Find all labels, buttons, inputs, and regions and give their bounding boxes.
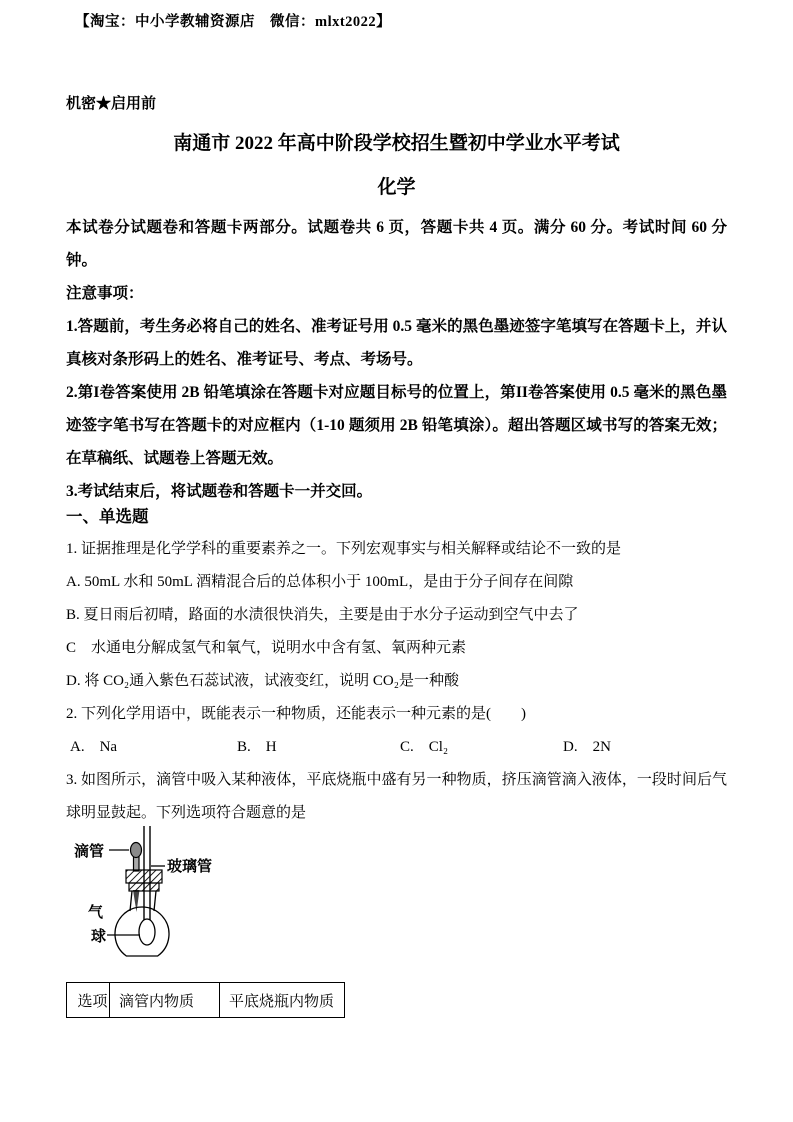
- table-header-option: 选项: [67, 983, 110, 1018]
- table-header-row: 选项 滴管内物质 平底烧瓶内物质: [67, 983, 345, 1018]
- balloon-label-char1: 气: [88, 903, 104, 921]
- exam-paper-page: 【淘宝：中小学教辅资源店 微信：mlxt2022】 机密★启用前 南通市 202…: [0, 0, 793, 1122]
- balloon: [139, 919, 155, 945]
- table-header-dropper-substance: 滴管内物质: [110, 983, 220, 1018]
- question-1-option-a: A. 50mL 水和 50mL 酒精混合后的总体积小于 100mL，是由于分子间…: [66, 566, 727, 599]
- question-2-stem: 2. 下列化学用语中，既能表示一种物质，还能表示一种元素的是( ): [66, 698, 727, 731]
- flask-neck-left: [130, 891, 132, 911]
- dropper-label: 滴管: [74, 842, 104, 860]
- rubber-stopper-top: [126, 870, 162, 883]
- question-1-option-d: D. 将 CO₂通入紫色石蕊试液，试液变红，说明 CO₂是一种酸: [66, 665, 727, 698]
- rubber-stopper-bottom: [129, 883, 159, 891]
- question-2-option-d: D. 2N: [563, 731, 611, 764]
- exam-instructions: 本试卷分试题卷和答题卡两部分。试题卷共 6 页，答题卡共 4 页。满分 60 分…: [66, 211, 727, 508]
- question-2-option-b: B. H: [237, 731, 277, 764]
- confidential-label: 机密★启用前: [66, 94, 727, 114]
- dropper-bulb: [131, 843, 142, 858]
- question-2-options-row: A. Na B. H C. Cl₂ D. 2N: [66, 731, 727, 764]
- balloon-label-char2: 球: [91, 928, 106, 945]
- notice-heading: 注意事项：: [66, 277, 727, 310]
- question-2-option-c: C. Cl₂: [400, 731, 448, 764]
- question-1-stem: 1. 证据推理是化学学科的重要素养之一。下列宏观事实与相关解释或结论不一致的是: [66, 533, 727, 566]
- notice-item-2: 2.第I卷答案使用 2B 铅笔填涂在答题卡对应题目标号的位置上，第II卷答案使用…: [66, 376, 727, 475]
- apparatus-diagram: 滴管 玻璃管 气 球: [60, 824, 727, 982]
- flask-neck-right: [154, 891, 156, 911]
- question-3-options-table: 选项 滴管内物质 平底烧瓶内物质: [66, 982, 345, 1018]
- intro-paragraph: 本试卷分试题卷和答题卡两部分。试题卷共 6 页，答题卡共 4 页。满分 60 分…: [66, 211, 727, 277]
- glass-tube-label: 玻璃管: [167, 857, 212, 875]
- notice-item-1: 1.答题前，考生务必将自己的姓名、准考证号用 0.5 毫米的黑色墨迹签字笔填写在…: [66, 310, 727, 376]
- exam-subject: 化学: [66, 176, 727, 200]
- flask-apparatus-svg: 滴管 玻璃管 气 球: [60, 824, 360, 982]
- question-2-option-a: A. Na: [70, 731, 117, 764]
- question-1-option-b: B. 夏日雨后初晴，路面的水渍很快消失，主要是由于水分子运动到空气中去了: [66, 599, 727, 632]
- question-1-option-c: C 水通电分解成氢气和氧气，说明水中含有氢、氧两种元素: [66, 632, 727, 665]
- page-content: 机密★启用前 南通市 2022 年高中阶段学校招生暨初中学业水平考试 化学 本试…: [66, 0, 727, 1018]
- table-header-flask-substance: 平底烧瓶内物质: [220, 983, 345, 1018]
- question-3-stem: 3. 如图所示，滴管中吸入某种液体，平底烧瓶中盛有另一种物质，挤压滴管滴入液体，…: [66, 764, 727, 830]
- exam-title: 南通市 2022 年高中阶段学校招生暨初中学业水平考试: [66, 132, 727, 156]
